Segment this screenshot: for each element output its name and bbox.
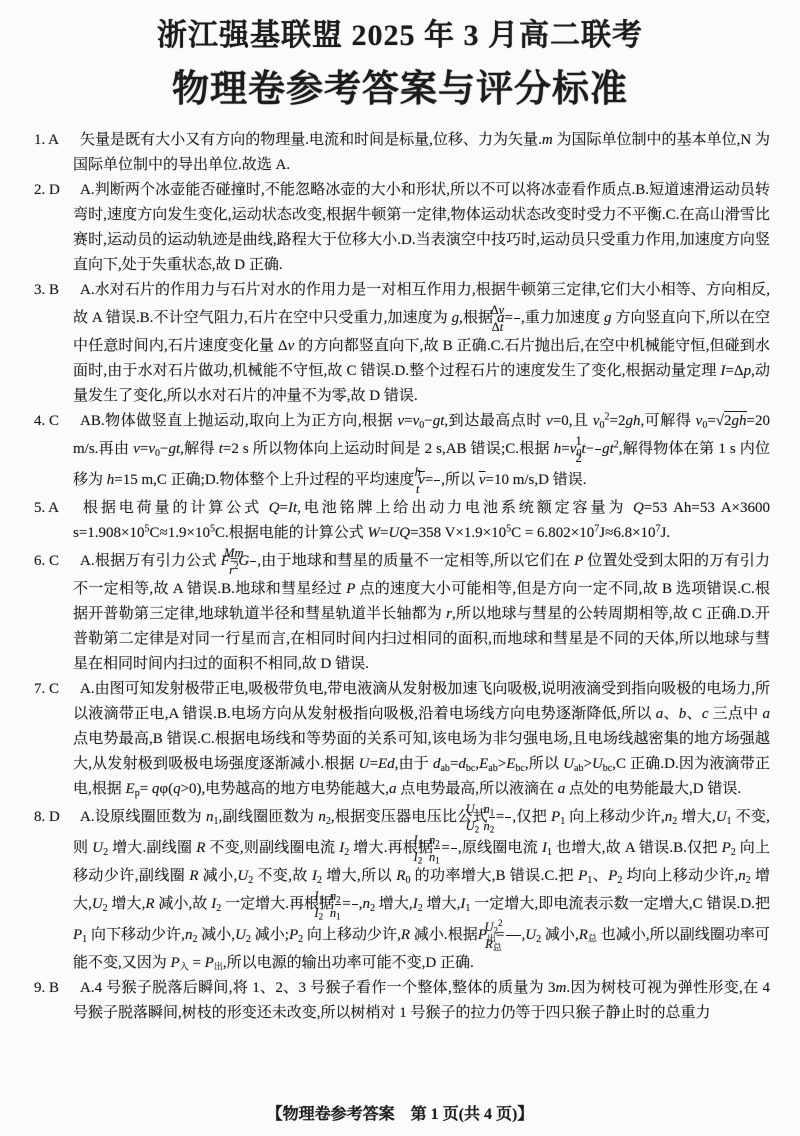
answer-item: 4. CAB.物体做竖直上抛运动,取向上为正方向,根据 v=v0−gt,到达最高…: [34, 409, 770, 496]
answer-item: 8. DA.设原线圈匝数为 n1,副线圈匝数为 n2,根据变压器电压比公式U1U…: [34, 802, 770, 976]
answer-label: 7. C: [34, 677, 80, 702]
answer-label: 2. D: [34, 178, 80, 203]
answer-label: 9. B: [34, 976, 80, 1001]
answer-item: 1. A矢量是既有大小又有方向的物理量.电流和时间是标量,位移、力为矢量.m 为…: [34, 128, 770, 178]
document-header: 浙江强基联盟 2025 年 3 月高二联考 物理卷参考答案与评分标准: [0, 0, 800, 112]
answer-text: 矢量是既有大小又有方向的物理量.电流和时间是标量,位移、力为矢量.m 为国际单位…: [73, 132, 770, 173]
answer-text: A.水对石片的作用力与石片对水的作用力是一对相互作用力,根据牛顿第三定律,它们大…: [73, 282, 770, 404]
page-footer: 【物理卷参考答案 第 1 页(共 4 页)】: [0, 1101, 800, 1124]
answer-text: A.4 号猴子脱落后瞬间,将 1、2、3 号猴子看作一个整体,整体的质量为 3m…: [73, 980, 770, 1021]
answer-item: 9. BA.4 号猴子脱落后瞬间,将 1、2、3 号猴子看作一个整体,整体的质量…: [34, 976, 770, 1026]
exam-title: 浙江强基联盟 2025 年 3 月高二联考: [0, 10, 800, 54]
answer-text: A.根据万有引力公式 F=GMmr2,由于地球和彗星的质量不一定相等,所以它们在…: [73, 553, 770, 672]
answer-label: 4. C: [34, 409, 80, 434]
answer-label: 1. A: [34, 128, 80, 153]
answer-text: A.由图可知发射极带正电,吸极带负电,带电液滴从发射极加速飞向吸极,说明液滴受到…: [73, 681, 770, 797]
answer-label: 8. D: [34, 805, 80, 830]
answer-label: 6. C: [34, 549, 80, 574]
answer-item: 2. DA.判断两个冰壶能否碰撞时,不能忽略冰壶的大小和形状,所以不可以将冰壶看…: [34, 178, 770, 278]
answer-text: AB.物体做竖直上抛运动,取向上为正方向,根据 v=v0−gt,到达最高点时 v…: [73, 413, 770, 488]
answer-text: 根据电荷量的计算公式 Q=It,电池铭牌上给出动力电池系统额定容量为 Q=53 …: [73, 500, 770, 541]
document-page: 浙江强基联盟 2025 年 3 月高二联考 物理卷参考答案与评分标准 1. A矢…: [0, 0, 800, 1136]
document-subtitle: 物理卷参考答案与评分标准: [0, 58, 800, 112]
answer-item: 6. CA.根据万有引力公式 F=GMmr2,由于地球和彗星的质量不一定相等,所…: [34, 546, 770, 677]
answer-item: 5. A根据电荷量的计算公式 Q=It,电池铭牌上给出动力电池系统额定容量为 Q…: [34, 496, 770, 546]
answer-item: 3. BA.水对石片的作用力与石片对水的作用力是一对相互作用力,根据牛顿第三定律…: [34, 278, 770, 409]
answer-label: 5. A: [34, 496, 80, 521]
answer-text: A.判断两个冰壶能否碰撞时,不能忽略冰壶的大小和形状,所以不可以将冰壶看作质点.…: [73, 182, 770, 273]
answer-label: 3. B: [34, 278, 80, 303]
answer-list: 1. A矢量是既有大小又有方向的物理量.电流和时间是标量,位移、力为矢量.m 为…: [0, 112, 800, 1026]
answer-item: 7. CA.由图可知发射极带正电,吸极带负电,带电液滴从发射极加速飞向吸极,说明…: [34, 677, 770, 802]
answer-text: A.设原线圈匝数为 n1,副线圈匝数为 n2,根据变压器电压比公式U1U2=n1…: [73, 809, 770, 971]
footer-text: 【物理卷参考答案 第 1 页(共 4 页)】: [267, 1106, 534, 1123]
